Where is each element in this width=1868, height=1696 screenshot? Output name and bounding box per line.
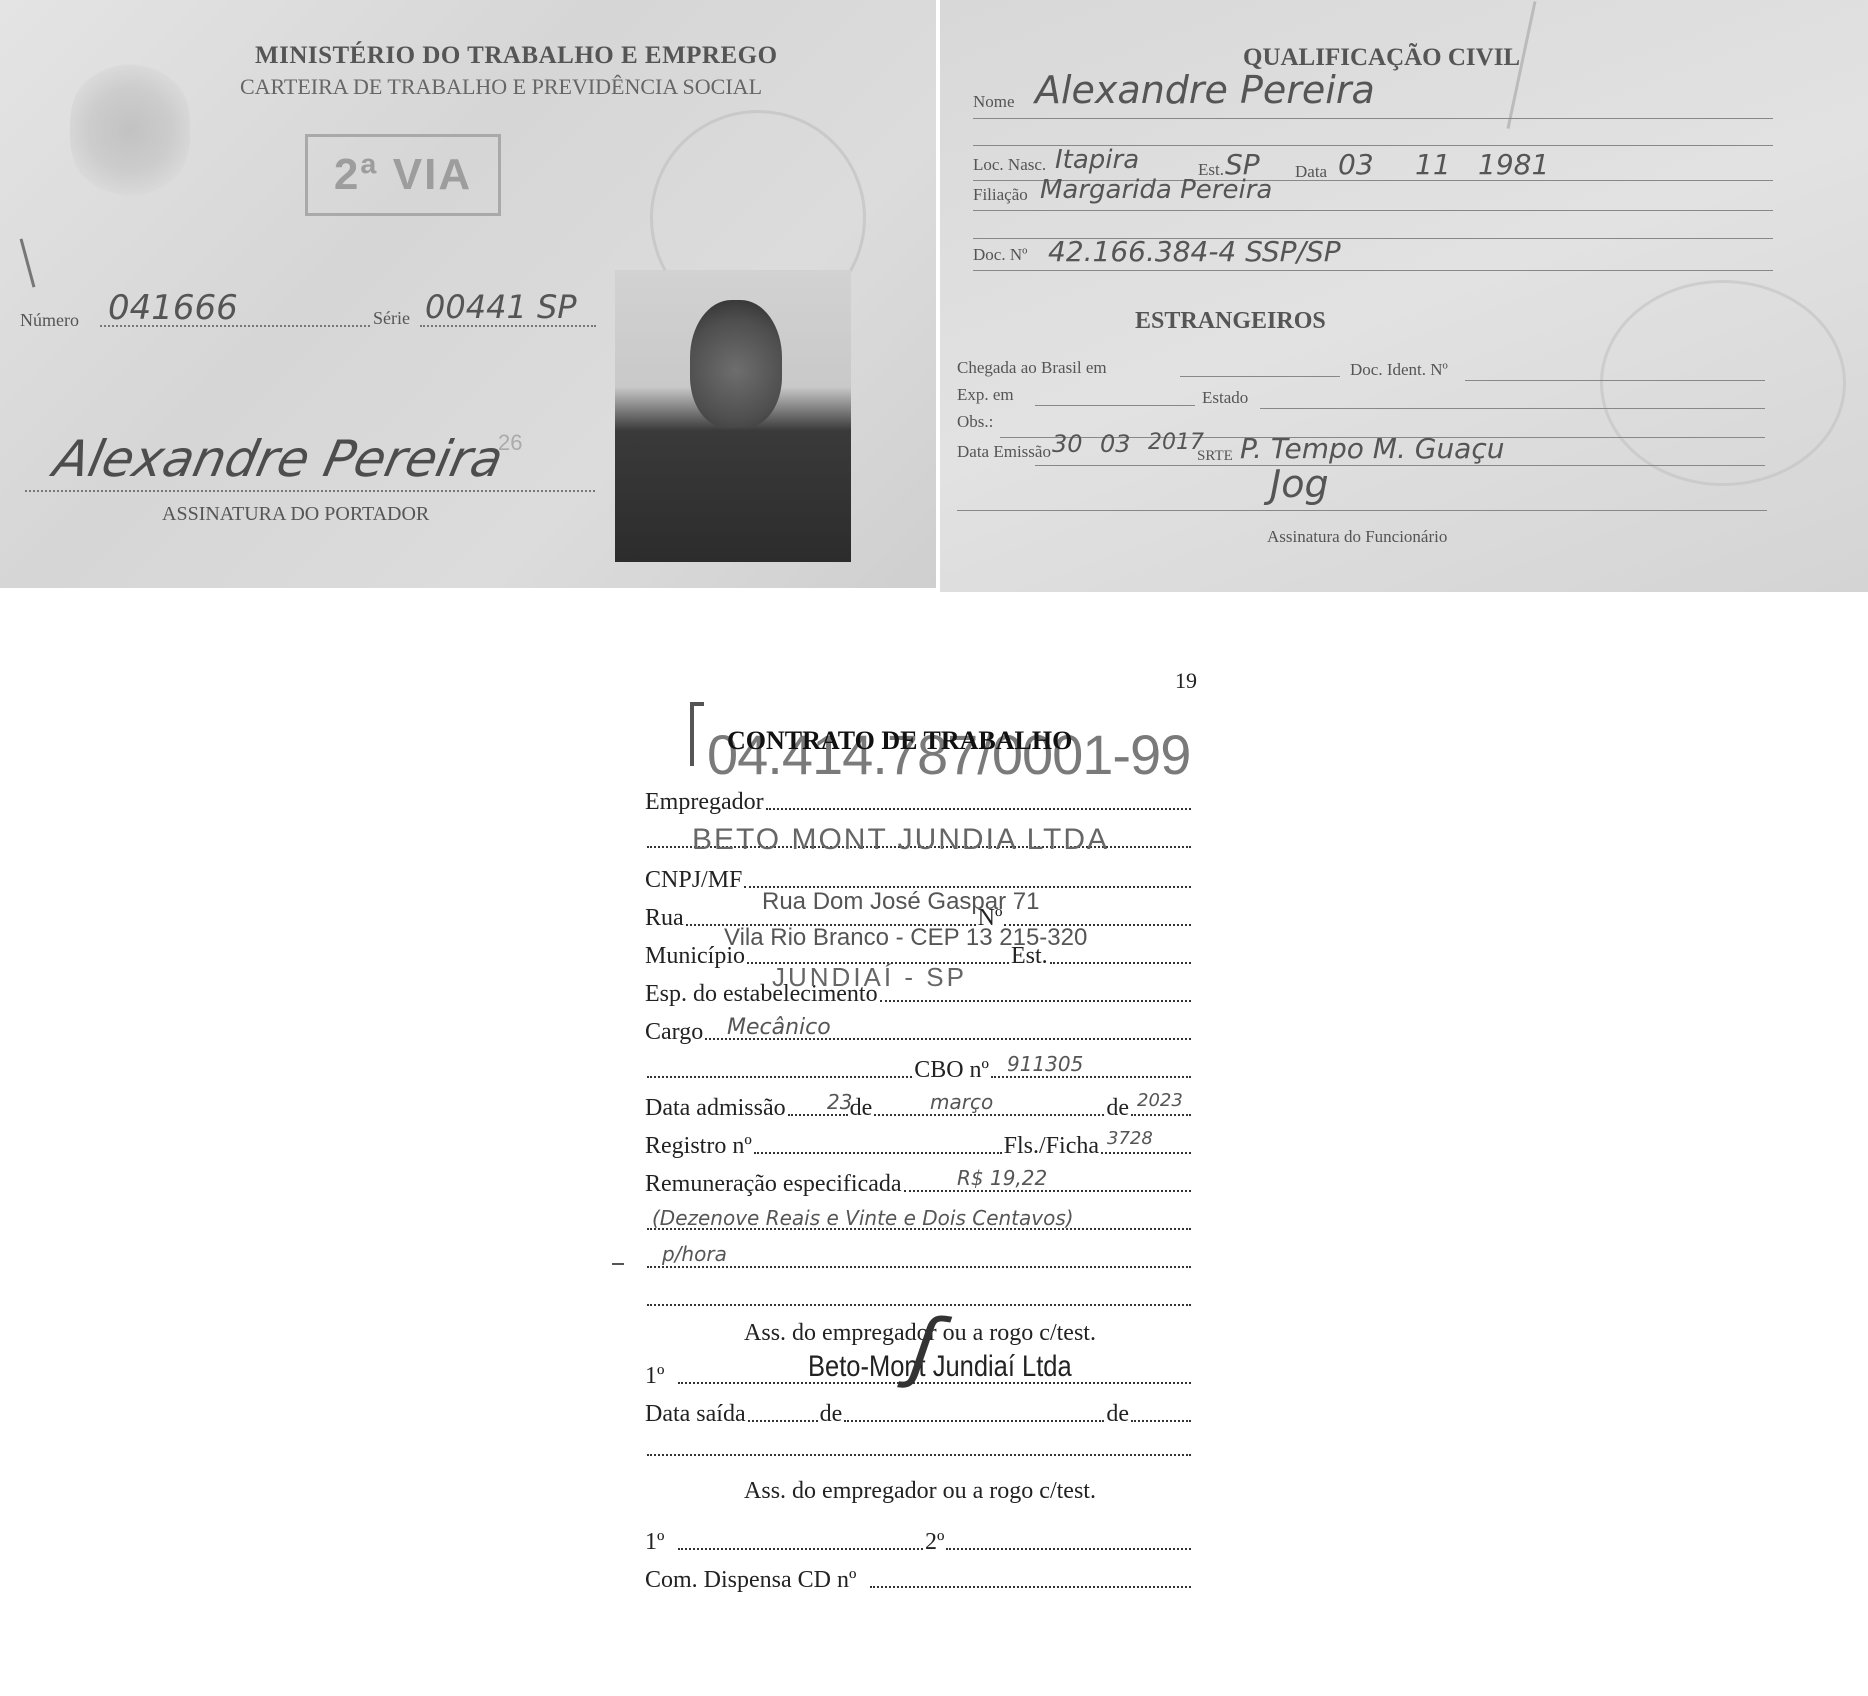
doc-ident-label: Doc. Ident. Nº <box>1350 360 1448 380</box>
unit-line <box>647 1266 1191 1268</box>
birth-month: 11 <box>1415 148 1451 181</box>
rua-value: Rua Dom José Gaspar 71 <box>762 888 1039 916</box>
nome-value: Alexandre Pereira <box>1035 68 1375 112</box>
loc-nasc-label: Loc. Nasc. <box>973 155 1046 175</box>
exp-line <box>1035 405 1195 406</box>
estrangeiros-title: ESTRANGEIROS <box>1135 308 1326 335</box>
admissao-year: 2023 <box>1137 1090 1183 1111</box>
signature-line <box>25 490 595 492</box>
saida-line-2 <box>647 1454 1191 1456</box>
est-line <box>1050 962 1191 964</box>
chegada-line <box>1180 376 1340 377</box>
funcionario-signature: Jog <box>1270 462 1329 506</box>
registro-line <box>754 1152 1002 1154</box>
witness2-line <box>946 1548 1191 1550</box>
ministry-title: MINISTÉRIO DO TRABALHO E EMPREGO <box>255 42 778 70</box>
portrait-head-icon <box>690 300 782 428</box>
loc-nasc-value: Itapira <box>1055 145 1139 175</box>
filiacao-value: Margarida Pereira <box>1040 175 1272 205</box>
cargo-label: Cargo <box>645 1019 703 1046</box>
filiacao-line <box>973 210 1773 211</box>
obs-label: Obs.: <box>957 412 993 432</box>
birth-year: 1981 <box>1478 148 1549 181</box>
numero-value: 041666 <box>108 288 238 328</box>
contract-title: CONTRATO DE TRABALHO <box>727 726 1072 756</box>
card-back: QUALIFICAÇÃO CIVIL Nome Alexandre Pereir… <box>940 0 1868 592</box>
second-label: 2º <box>925 1529 944 1556</box>
cnpj-label: CNPJ/MF <box>645 867 742 894</box>
remuneracao-line <box>904 1190 1191 1192</box>
remuneracao-unit: p/hora <box>662 1242 727 1266</box>
emissao-month: 03 <box>1100 430 1131 458</box>
data-label: Data <box>1295 162 1327 182</box>
margin-mark <box>612 1263 624 1265</box>
municipio-value: Vila Rio Branco - CEP 13 215-320 <box>724 924 1087 952</box>
admissao-month: março <box>930 1090 993 1114</box>
filiacao-label: Filiação <box>973 185 1028 205</box>
doc-line <box>973 270 1773 271</box>
nome-line <box>973 118 1773 119</box>
registro-label: Registro nº <box>645 1133 752 1160</box>
esp-value: JUNDIAÍ - SP <box>772 962 967 993</box>
contract-page: 19 04.414.787/0001-99 CONTRATO DE TRABAL… <box>612 660 1228 1610</box>
remuneracao-label: Remuneração especificada <box>645 1171 902 1198</box>
dispensa-label: Com. Dispensa CD nº <box>645 1567 856 1594</box>
srte-value: P. Tempo M. Guaçu <box>1240 432 1504 465</box>
signature-label: ASSINATURA DO PORTADOR <box>162 503 429 526</box>
stamp-corner <box>690 702 704 766</box>
empregador-value: BETO MONT JUNDIA LTDA <box>692 823 1109 857</box>
card-name: CARTEIRA DE TRABALHO E PREVIDÊNCIA SOCIA… <box>240 74 762 100</box>
funcionario-label: Assinatura do Funcionário <box>1267 527 1447 547</box>
cbo-pre-line <box>647 1076 912 1078</box>
admissao-year-line <box>1131 1114 1191 1116</box>
empregador-line <box>766 808 1191 810</box>
funcionario-line <box>957 510 1767 511</box>
cbo-line <box>991 1076 1191 1078</box>
srte-label: SRTE <box>1197 448 1233 465</box>
holder-signature: Alexandre Pereira <box>49 430 508 488</box>
birth-day: 03 <box>1338 148 1374 181</box>
stamp-number: 26 <box>498 430 522 456</box>
de-label-2: de <box>1106 1095 1129 1122</box>
estado-line <box>1260 408 1765 409</box>
admissao-day: 23 <box>827 1090 852 1114</box>
chegada-label: Chegada ao Brasil em <box>957 358 1107 378</box>
serie-label: Série <box>373 308 410 329</box>
ficha-value: 3728 <box>1107 1128 1153 1149</box>
emissao-line <box>1035 465 1765 466</box>
emissao-year: 2017 <box>1148 430 1204 455</box>
pen-mark <box>20 238 36 287</box>
page-number: 19 <box>1175 668 1197 694</box>
witness1-line <box>678 1548 923 1550</box>
emissao-day: 30 <box>1052 430 1083 458</box>
de-label-4: de <box>1106 1401 1129 1428</box>
saida-month-line <box>844 1420 1104 1422</box>
cbo-value: 911305 <box>1007 1052 1083 1076</box>
dispensa-line <box>870 1586 1191 1588</box>
emissao-label: Data Emissão <box>957 442 1051 462</box>
admissao-day-line <box>788 1114 848 1116</box>
doc-label: Doc. Nº <box>973 245 1027 265</box>
first-label-2: 1º <box>645 1529 664 1556</box>
saida-day-line <box>748 1420 818 1422</box>
coat-of-arms-icon <box>70 60 190 200</box>
estado-label: Estado <box>1202 388 1248 408</box>
copy-stamp: 2ª VIA <box>305 134 501 216</box>
doc-value: 42.166.384-4 SSP/SP <box>1048 235 1341 268</box>
ficha-line <box>1101 1152 1191 1154</box>
saida-label: Data saída <box>645 1401 746 1428</box>
rua-label: Rua <box>645 905 684 932</box>
cargo-value: Mecânico <box>727 1015 831 1040</box>
remuneracao-value: R$ 19,22 <box>957 1166 1047 1190</box>
ficha-label: Fls./Ficha <box>1004 1133 1099 1160</box>
employer-stamp: Beto-Mont Jundiaí Ltda <box>808 1350 1072 1384</box>
seal-stamp-icon <box>1600 280 1846 486</box>
remuneracao-extenso: (Dezenove Reais e Vinte e Dois Centavos) <box>652 1206 1074 1230</box>
exp-label: Exp. em <box>957 385 1014 405</box>
doc-ident-line <box>1465 380 1765 381</box>
admissao-label: Data admissão <box>645 1095 786 1122</box>
serie-value: 00441 SP <box>425 288 577 326</box>
saida-year-line <box>1131 1420 1191 1422</box>
numero-label: Número <box>20 310 79 331</box>
admissao-month-line <box>874 1114 1104 1116</box>
first-label-1: 1º <box>645 1363 664 1390</box>
empregador-label: Empregador <box>645 789 764 816</box>
ass-label-2: Ass. do empregador ou a rogo c/test. <box>612 1478 1228 1505</box>
esp-line <box>880 1000 1191 1002</box>
de-label-1: de <box>850 1095 873 1122</box>
de-label-3: de <box>820 1401 843 1428</box>
card-front: MINISTÉRIO DO TRABALHO E EMPREGO CARTEIR… <box>0 0 936 588</box>
nome-label: Nome <box>973 92 1015 112</box>
cbo-label: CBO nº <box>914 1057 989 1084</box>
